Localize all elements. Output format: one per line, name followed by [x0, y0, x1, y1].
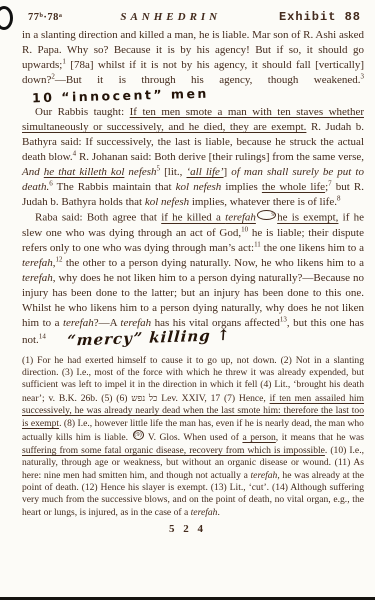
- text-run: terefah: [22, 257, 53, 269]
- text-run: Our Rabbis taught:: [35, 106, 130, 118]
- page-header: 77ᵇ·78ᵃ SANHEDRIN Exhibit 88: [0, 0, 375, 24]
- page-number: 5 2 4: [0, 523, 375, 535]
- text-run: 13: [280, 315, 287, 323]
- text-run: And: [22, 166, 44, 178]
- text-run: [lit.,: [160, 166, 186, 178]
- handwritten-annotation-innocent-men: 10 “innocent” men: [32, 86, 209, 106]
- text-run: 3: [361, 72, 365, 80]
- circled-footnote-9: (9): [133, 430, 144, 440]
- text-run: he that killeth kol: [44, 166, 125, 178]
- text-run: ‘all life’: [187, 166, 224, 178]
- text-run: , it means that he was: [276, 432, 364, 443]
- text-run: The Rabbis maintain that: [53, 181, 176, 193]
- circled-note-9: 9: [257, 210, 276, 220]
- text-run: he is exempt,: [277, 212, 338, 224]
- text-run: the other to a person dying naturally. N…: [63, 257, 365, 269]
- text-run: 11: [254, 240, 261, 248]
- paragraph-continuation: in a slanting direction and killed a man…: [22, 28, 364, 105]
- text-run: the whole life: [262, 181, 325, 193]
- text-run: suffering from some fatal organic diseas…: [22, 445, 325, 456]
- tractate-title: SANHEDRIN: [62, 11, 279, 23]
- text-run: 8: [337, 194, 341, 202]
- text-run: terefah: [22, 272, 53, 284]
- text-run: nefesh: [124, 166, 156, 178]
- main-text: in a slanting direction and killed a man…: [0, 24, 375, 348]
- text-run: 12: [56, 255, 63, 263]
- exhibit-stamp: Exhibit 88: [279, 10, 361, 24]
- text-run: terefah: [120, 317, 151, 329]
- text-run: a person: [242, 432, 275, 443]
- folio-reference: 77ᵇ·78ᵃ: [28, 12, 62, 23]
- text-run: 14: [39, 332, 46, 340]
- text-run: kol nefesh: [145, 196, 189, 208]
- text-run: if he killed a: [161, 212, 225, 224]
- text-run: terefah: [251, 470, 278, 481]
- text-run: Raba said: Both agree that: [35, 212, 161, 224]
- text-run: V. Glos. When used of: [145, 432, 243, 443]
- text-run: ?—A: [94, 317, 121, 329]
- text-run: person dying naturally: [160, 302, 259, 314]
- handwritten-annotation-mercy-killing: “mercy” killing ↑: [53, 328, 231, 349]
- text-run: implies: [221, 181, 262, 193]
- text-run: implies, whatever there is of life.: [189, 196, 337, 208]
- hebrew-phrase: כל נפש: [131, 393, 157, 403]
- text-run: terefah: [63, 317, 94, 329]
- footnotes-text: (1) For he had exerted himself to cause …: [22, 355, 364, 519]
- paragraph-raba-said: Raba said: Both agree that if he killed …: [22, 210, 364, 348]
- text-run: kol nefesh: [176, 181, 222, 193]
- scanned-document-page: 77ᵇ·78ᵃ SANHEDRIN Exhibit 88 in a slanti…: [0, 0, 375, 600]
- text-run: the one likens him to a: [261, 242, 364, 254]
- footnotes-block: (1) For he had exerted himself to cause …: [0, 348, 375, 519]
- text-run: terefah: [191, 507, 218, 518]
- paragraph-our-rabbis-taught: Our Rabbis taught: If ten men smote a ma…: [22, 105, 364, 210]
- text-run: terefah: [225, 212, 256, 224]
- text-run: R. Johanan said: Both derive [their ruli…: [76, 151, 364, 163]
- text-run: .: [217, 507, 219, 518]
- text-run: —But it is through his agency, though we…: [55, 74, 361, 86]
